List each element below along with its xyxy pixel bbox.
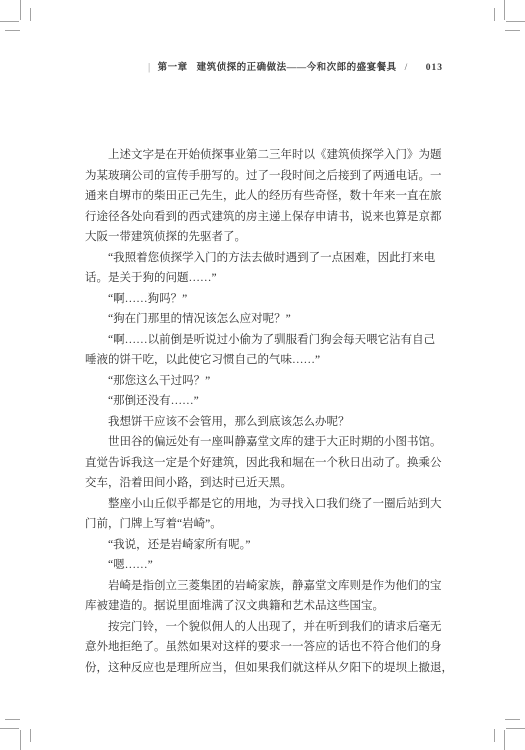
paragraph: “啊……以前倒是听说过小偷为了驯服看门狗会每天喂它沾有自己唾液的饼干吃，以此使它…	[85, 330, 445, 371]
page-number: 013	[426, 63, 443, 73]
text-line: 直觉告诉我这一定是个好建筑，因此我和堀在一个秋日出动了。换乘公	[85, 453, 445, 474]
body-text: 上述文字是在开始侦探事业第二三年时以《建筑侦探学入门》为题为某玻璃公司的宣传手册…	[85, 145, 445, 678]
crop-mark-top-left	[5, 30, 20, 31]
paragraph: “那倒还没有……”	[85, 391, 445, 412]
text-line: 大阪一带建筑侦探的先驱者了。	[85, 227, 445, 248]
paragraph: 上述文字是在开始侦探事业第二三年时以《建筑侦探学入门》为题为某玻璃公司的宣传手册…	[85, 145, 445, 248]
text-line: 库被建造的。据说里面堆满了汉文典籍和艺术品这些国宝。	[85, 596, 445, 617]
text-line: 唾液的饼干吃，以此使它习惯自己的气味……”	[85, 350, 445, 371]
text-line: 为某玻璃公司的宣传手册写的。过了一段时间之后接到了两通电话。一	[85, 166, 445, 187]
paragraph: 岩崎是指创立三菱集团的岩崎家族，静嘉堂文库则是作为他们的宝库被建造的。据说里面堆…	[85, 576, 445, 617]
paragraph: 按完门铃，一个貌似佣人的人出现了，并在听到我们的请求后毫无意外地拒绝了。虽然如果…	[85, 617, 445, 679]
text-line: 份，这种反应也是理所应当，但如果我们就这样从夕阳下的堤坝上撤退，	[85, 658, 445, 679]
paragraph: 世田谷的偏远处有一座叫静嘉堂文库的建于大正时期的小图书馆。直觉告诉我这一定是个好…	[85, 432, 445, 494]
crop-mark-bottom-left	[30, 729, 31, 742]
text-line: “嗯……”	[85, 555, 445, 576]
text-line: 整座小山丘似乎都是它的用地，为寻找入口我们绕了一圈后站到大	[85, 494, 445, 515]
text-line: 通来自堺市的柴田正己先生，此人的经历有些奇怪，数十年来一直在旅	[85, 186, 445, 207]
crop-mark-top-left	[20, 0, 21, 20]
text-line: 交车，沿着田间小路，到达时已近天黑。	[85, 473, 445, 494]
crop-mark-top-right	[494, 8, 495, 21]
text-line: 世田谷的偏远处有一座叫静嘉堂文库的建于大正时期的小图书馆。	[85, 432, 445, 453]
crop-mark-bottom-right	[505, 719, 520, 720]
paragraph: “那您这么干过吗？”	[85, 371, 445, 392]
text-line: 按完门铃，一个貌似佣人的人出现了，并在听到我们的请求后毫无	[85, 617, 445, 638]
paragraph: 整座小山丘似乎都是它的用地，为寻找入口我们绕了一圈后站到大门前，门牌上写着“岩崎…	[85, 494, 445, 535]
running-head: | 第一章 建筑侦探的正确做法——今和次郎的盛宴餐具 / 013	[148, 59, 443, 73]
chapter-title: 建筑侦探的正确做法——今和次郎的盛宴餐具	[197, 59, 397, 73]
text-line: 意外地拒绝了。虽然如果对这样的要求一一答应的话也不符合他们的身	[85, 637, 445, 658]
text-line: “啊……以前倒是听说过小偷为了驯服看门狗会每天喂它沾有自己	[85, 330, 445, 351]
text-line: 我想饼干应该不会管用，那么到底该怎么办呢？	[85, 412, 445, 433]
paragraph: “啊……狗吗？”	[85, 289, 445, 310]
crop-mark-top-right	[504, 0, 505, 20]
crop-mark-bottom-right	[494, 729, 495, 742]
crop-mark-top-right	[505, 30, 520, 31]
chapter-label: 第一章	[158, 59, 188, 73]
text-line: “我照着您侦探学入门的方法去做时遇到了一点困难，因此打来电	[85, 248, 445, 269]
crop-mark-top-left	[0, 21, 19, 22]
header-separator: /	[405, 63, 408, 73]
text-line: “那倒还没有……”	[85, 391, 445, 412]
header-rule-icon: |	[148, 63, 150, 74]
text-line: 门前，门牌上写着“岩崎”。	[85, 514, 445, 535]
text-line: “狗在门那里的情况该怎么应对呢？”	[85, 309, 445, 330]
paragraph: “嗯……”	[85, 555, 445, 576]
crop-mark-bottom-right	[504, 730, 505, 750]
paragraph: “我说，还是岩崎家所有呢。”	[85, 535, 445, 556]
book-page: | 第一章 建筑侦探的正确做法——今和次郎的盛宴餐具 / 013 上述文字是在开…	[0, 0, 525, 750]
crop-mark-top-left	[30, 8, 31, 21]
paragraph: “我照着您侦探学入门的方法去做时遇到了一点困难，因此打来电话。是关于狗的问题………	[85, 248, 445, 289]
paragraph: 我想饼干应该不会管用，那么到底该怎么办呢？	[85, 412, 445, 433]
crop-mark-bottom-left	[5, 719, 20, 720]
crop-mark-bottom-left	[20, 730, 21, 750]
crop-mark-bottom-left	[0, 728, 19, 729]
crop-mark-top-right	[506, 21, 525, 22]
crop-mark-bottom-right	[506, 728, 525, 729]
text-line: 上述文字是在开始侦探事业第二三年时以《建筑侦探学入门》为题	[85, 145, 445, 166]
text-line: 岩崎是指创立三菱集团的岩崎家族，静嘉堂文库则是作为他们的宝	[85, 576, 445, 597]
text-line: 话。是关于狗的问题……”	[85, 268, 445, 289]
text-line: 行途径各处向看到的西式建筑的房主递上保存申请书，说来也算是京都	[85, 207, 445, 228]
paragraph: “狗在门那里的情况该怎么应对呢？”	[85, 309, 445, 330]
text-line: “我说，还是岩崎家所有呢。”	[85, 535, 445, 556]
text-line: “那您这么干过吗？”	[85, 371, 445, 392]
text-line: “啊……狗吗？”	[85, 289, 445, 310]
